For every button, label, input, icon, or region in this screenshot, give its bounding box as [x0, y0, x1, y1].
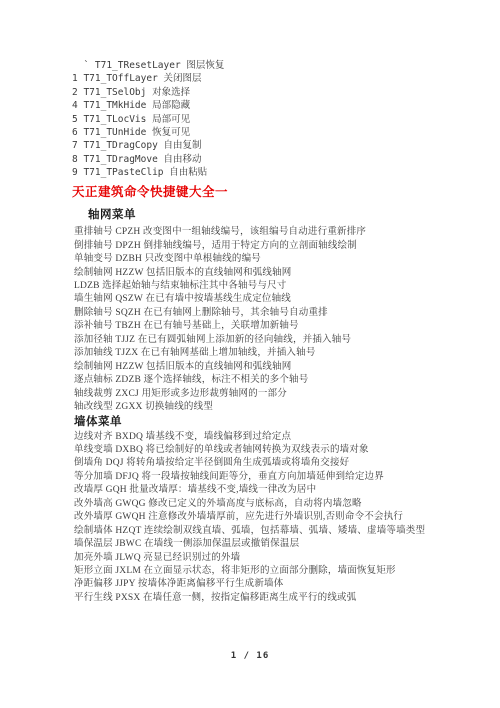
shortcut-line: 绘制轴网 HZZW 包括旧版本的直线轴网和弧线轴网 — [74, 267, 482, 280]
shortcut-line: 绘制墙体 HZQT 连续绘制双线直墙、弧墙，包括幕墙、弧墙、矮墙、虚墙等墙类型 — [74, 525, 482, 538]
shortcut-line: 改外墙高 GWQG 修改已定义的外墙高度与底标高，自动将内墙忽略 — [74, 498, 482, 511]
shortcut-line: 单轴变号 DZBH 只改变图中单根轴线的编号 — [74, 253, 482, 266]
shortcut-line: 改墙厚 GQH 批量改墙厚：墙基线不变,墙线一律改为居中 — [74, 484, 482, 497]
command-line: 4 T71_TMkHide 局部隐藏 — [72, 99, 482, 112]
command-line: 2 T71_TSelObj 对象选择 — [72, 86, 482, 99]
command-line: 1 T71_TOffLayer 关闭图层 — [72, 72, 482, 85]
shortcut-line: 倒墙角 DQJ 将转角墙按给定半径倒圆角生成弧墙或将墙角交接好 — [74, 457, 482, 470]
shortcut-line: 矩形立面 JXLM 在立面显示状态，将非矩形的立面部分删除，墙面恢复矩形 — [74, 565, 482, 578]
shortcut-line: 边线对齐 BXDQ 墙基线不变，墙线偏移到过给定点 — [74, 431, 482, 444]
section-heading-wall: 墙体菜单 — [74, 415, 482, 429]
shortcut-line: 轴改线型 ZGXX 切换轴线的线型 — [74, 401, 482, 414]
shortcut-line: 改外墙厚 GWQH 注意修改外墙墙厚前，应先进行外墙识别,否则命令不会执行 — [74, 511, 482, 524]
shortcut-line: 倒排轴号 DPZH 倒排轴线编号，适用于特定方向的立剖面轴线绘制 — [74, 240, 482, 253]
section-axis-grid-menu: 轴网菜单 重排轴号 CPZH 改变图中一组轴线编号，该组编号自动进行重新排序 倒… — [72, 208, 482, 414]
shortcut-line: 添加径轴 TJJZ 在已有圆弧轴网上添加新的径向轴线，并插入轴号 — [74, 334, 482, 347]
command-list: ` T71_TResetLayer 图层恢复 1 T71_TOffLayer 关… — [72, 59, 482, 180]
shortcut-line: 绘制轴网 HZZW 包括旧版本的直线轴网和弧线轴网 — [74, 361, 482, 374]
page-number: 1 / 16 — [0, 651, 500, 662]
shortcut-line: 添补轴号 TBZH 在已有轴号基础上，关联增加新轴号 — [74, 320, 482, 333]
command-line: 5 T71_TLocVis 局部可见 — [72, 113, 482, 126]
shortcut-line: 重排轴号 CPZH 改变图中一组轴线编号，该组编号自动进行重新排序 — [74, 226, 482, 239]
section-heading-axis-grid: 轴网菜单 — [74, 208, 482, 222]
document-title: 天正建筑命令快捷键大全一 — [72, 184, 482, 201]
shortcut-line: 净距偏移 JJPY 按墙体净距离偏移平行生成新墙体 — [74, 578, 482, 591]
shortcut-line: 平行生线 PXSX 在墙任意一侧，按指定偏移距离生成平行的线或弧 — [74, 592, 482, 605]
shortcut-line: 墙保温层 JBWC 在墙线一侧添加保温层或撤销保温层 — [74, 538, 482, 551]
shortcut-line: LDZB 选择起始轴与结束轴标注其中各轴号与尺寸 — [74, 280, 482, 293]
section-wall-menu: 墙体菜单 边线对齐 BXDQ 墙基线不变，墙线偏移到过给定点 单线变墙 DXBQ… — [72, 415, 482, 606]
command-line: 8 T71_TDragMove 自由移动 — [72, 153, 482, 166]
shortcut-line: 轴线裁剪 ZXCJ 用矩形或多边形裁剪轴网的一部分 — [74, 388, 482, 401]
shortcut-line: 添加轴线 TJZX 在已有轴网基础上增加轴线，并插入轴号 — [74, 347, 482, 360]
shortcut-line: 删除轴号 SQZH 在已有轴网上删除轴号，其余轴号自动重排 — [74, 307, 482, 320]
command-line: 6 T71_TUnHide 恢复可见 — [72, 126, 482, 139]
shortcut-line: 逐点轴标 ZDZB 逐个选择轴线，标注不相关的多个轴号 — [74, 374, 482, 387]
command-line: 9 T71_TPasteClip 自由粘贴 — [72, 166, 482, 179]
shortcut-line: 墙生轴网 QSZW 在已有墙中按墙基线生成定位轴线 — [74, 293, 482, 306]
shortcut-line: 加亮外墙 JLWQ 亮显已经识别过的外墙 — [74, 552, 482, 565]
command-line: ` T71_TResetLayer 图层恢复 — [72, 59, 482, 72]
shortcut-line: 等分加墙 DFJQ 将一段墙按轴线间距等分，垂直方向加墙延伸到给定边界 — [74, 471, 482, 484]
command-line: 7 T71_TDragCopy 自由复制 — [72, 139, 482, 152]
document-page: ` T71_TResetLayer 图层恢复 1 T71_TOffLayer 关… — [0, 0, 500, 708]
page-content: ` T71_TResetLayer 图层恢复 1 T71_TOffLayer 关… — [72, 59, 482, 605]
shortcut-line: 单线变墙 DXBQ 将已绘制好的单线或者轴网转换为双线表示的墙对象 — [74, 444, 482, 457]
